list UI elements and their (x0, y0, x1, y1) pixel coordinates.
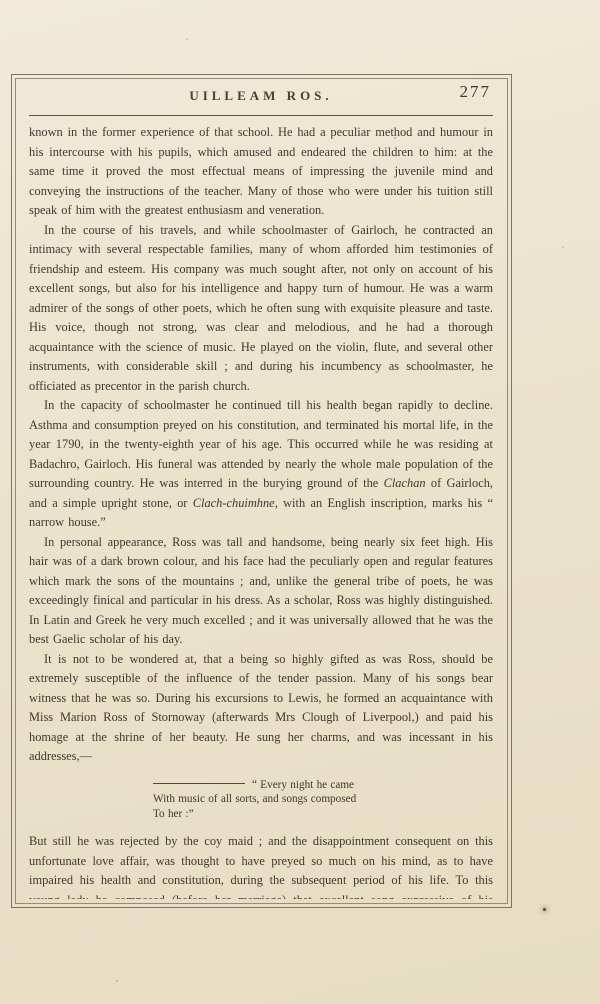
page-border-frame: UILLEAM ROS. 277 known in the former exp… (11, 74, 512, 908)
ink-speck (186, 38, 188, 40)
italic-term-clachan: Clachan (384, 476, 426, 490)
paragraph-6-text: But still he was rejected by the coy mai… (29, 834, 493, 899)
header-rule (29, 115, 493, 116)
paragraph-3: In the capacity of schoolmaster he conti… (29, 396, 493, 533)
body-text: known in the former experience of that s… (29, 123, 493, 899)
paragraph-5: It is not to be wondered at, that a bein… (29, 650, 493, 767)
chapter-title: UILLEAM ROS. (29, 88, 493, 104)
verse-line-1: “ Every night he came (153, 778, 493, 793)
verse-line-2: With music of all sorts, and songs compo… (153, 792, 493, 807)
verse-quote: “ Every night he came With music of all … (153, 778, 493, 822)
verse-line-3: To her :” (153, 807, 493, 822)
page-number: 277 (460, 86, 492, 102)
page-border-inner-rule: UILLEAM ROS. 277 known in the former exp… (15, 78, 508, 904)
book-page-scan: UILLEAM ROS. 277 known in the former exp… (0, 0, 600, 1004)
ink-speck (562, 246, 564, 248)
paragraph-1: known in the former experience of that s… (29, 123, 493, 221)
quote-dash-rule (153, 783, 245, 784)
ink-speck (116, 980, 118, 982)
paragraph-4: In personal appearance, Ross was tall an… (29, 533, 493, 650)
running-header: UILLEAM ROS. 277 (29, 88, 493, 113)
verse-line-1-text: “ Every night he came (252, 779, 354, 791)
italic-term-clach-chuimhne: Clach-chuimhne (193, 496, 275, 510)
page-content: UILLEAM ROS. 277 known in the former exp… (29, 86, 493, 899)
ink-speck (543, 908, 546, 911)
paragraph-6: But still he was rejected by the coy mai… (29, 832, 493, 899)
paragraph-2: In the course of his travels, and while … (29, 221, 493, 397)
